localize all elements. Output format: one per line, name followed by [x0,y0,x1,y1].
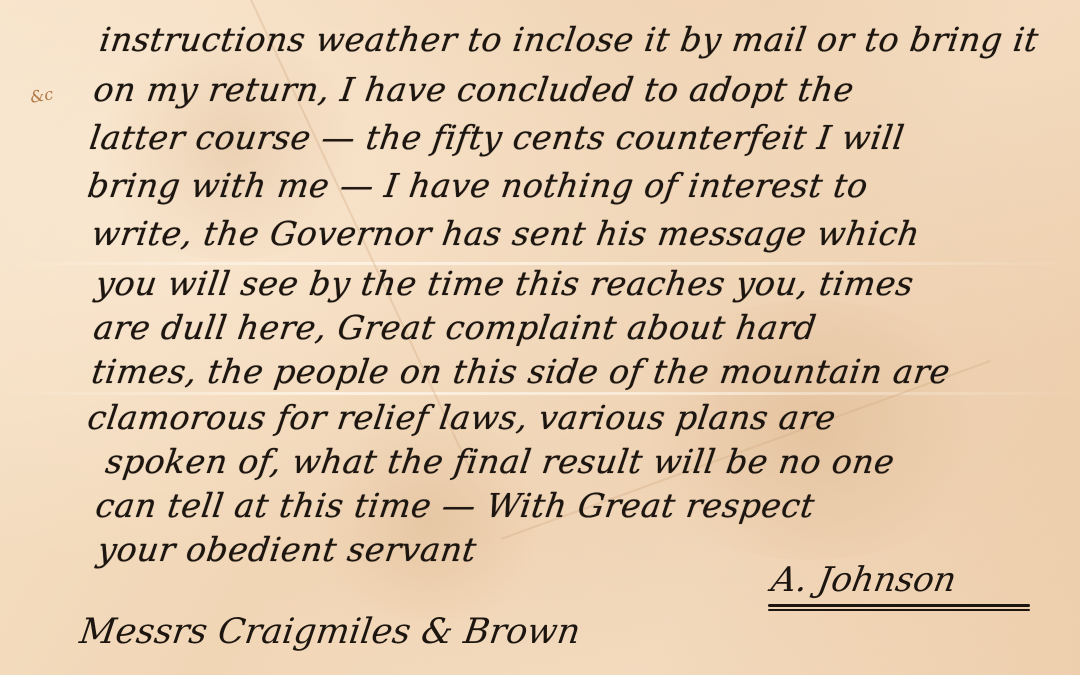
signature-underline [768,609,1030,611]
letter-line: latter course — the fifty cents counterf… [87,118,907,157]
letter-line: your obedient servant [95,530,479,569]
cut-off-line [40,0,49,19]
addressee: Messrs Craigmiles & Brown [77,612,583,652]
letter-line: you will see by the time this reaches yo… [93,264,916,303]
letter-line: on my return, I have concluded to adopt … [91,70,856,109]
letter-page: &c instructions weather to inclose it by… [0,0,1080,675]
margin-annotation: &c [29,84,55,107]
letter-line: times, the people on this side of the mo… [89,352,953,391]
letter-line: spoken of, what the final result will be… [103,442,897,481]
letter-line: can tell at this time — With Great respe… [93,486,817,525]
letter-line: bring with me — I have nothing of intere… [85,166,870,205]
paper-fold [0,392,1080,395]
letter-line: are dull here, Great complaint about har… [91,308,819,347]
letter-line: clamorous for relief laws, various plans… [85,398,838,437]
signature: A. Johnson [768,560,959,600]
letter-line: instructions weather to inclose it by ma… [97,20,1041,59]
signature-underline [768,604,1030,607]
letter-line: write, the Governor has sent his message… [89,214,922,253]
